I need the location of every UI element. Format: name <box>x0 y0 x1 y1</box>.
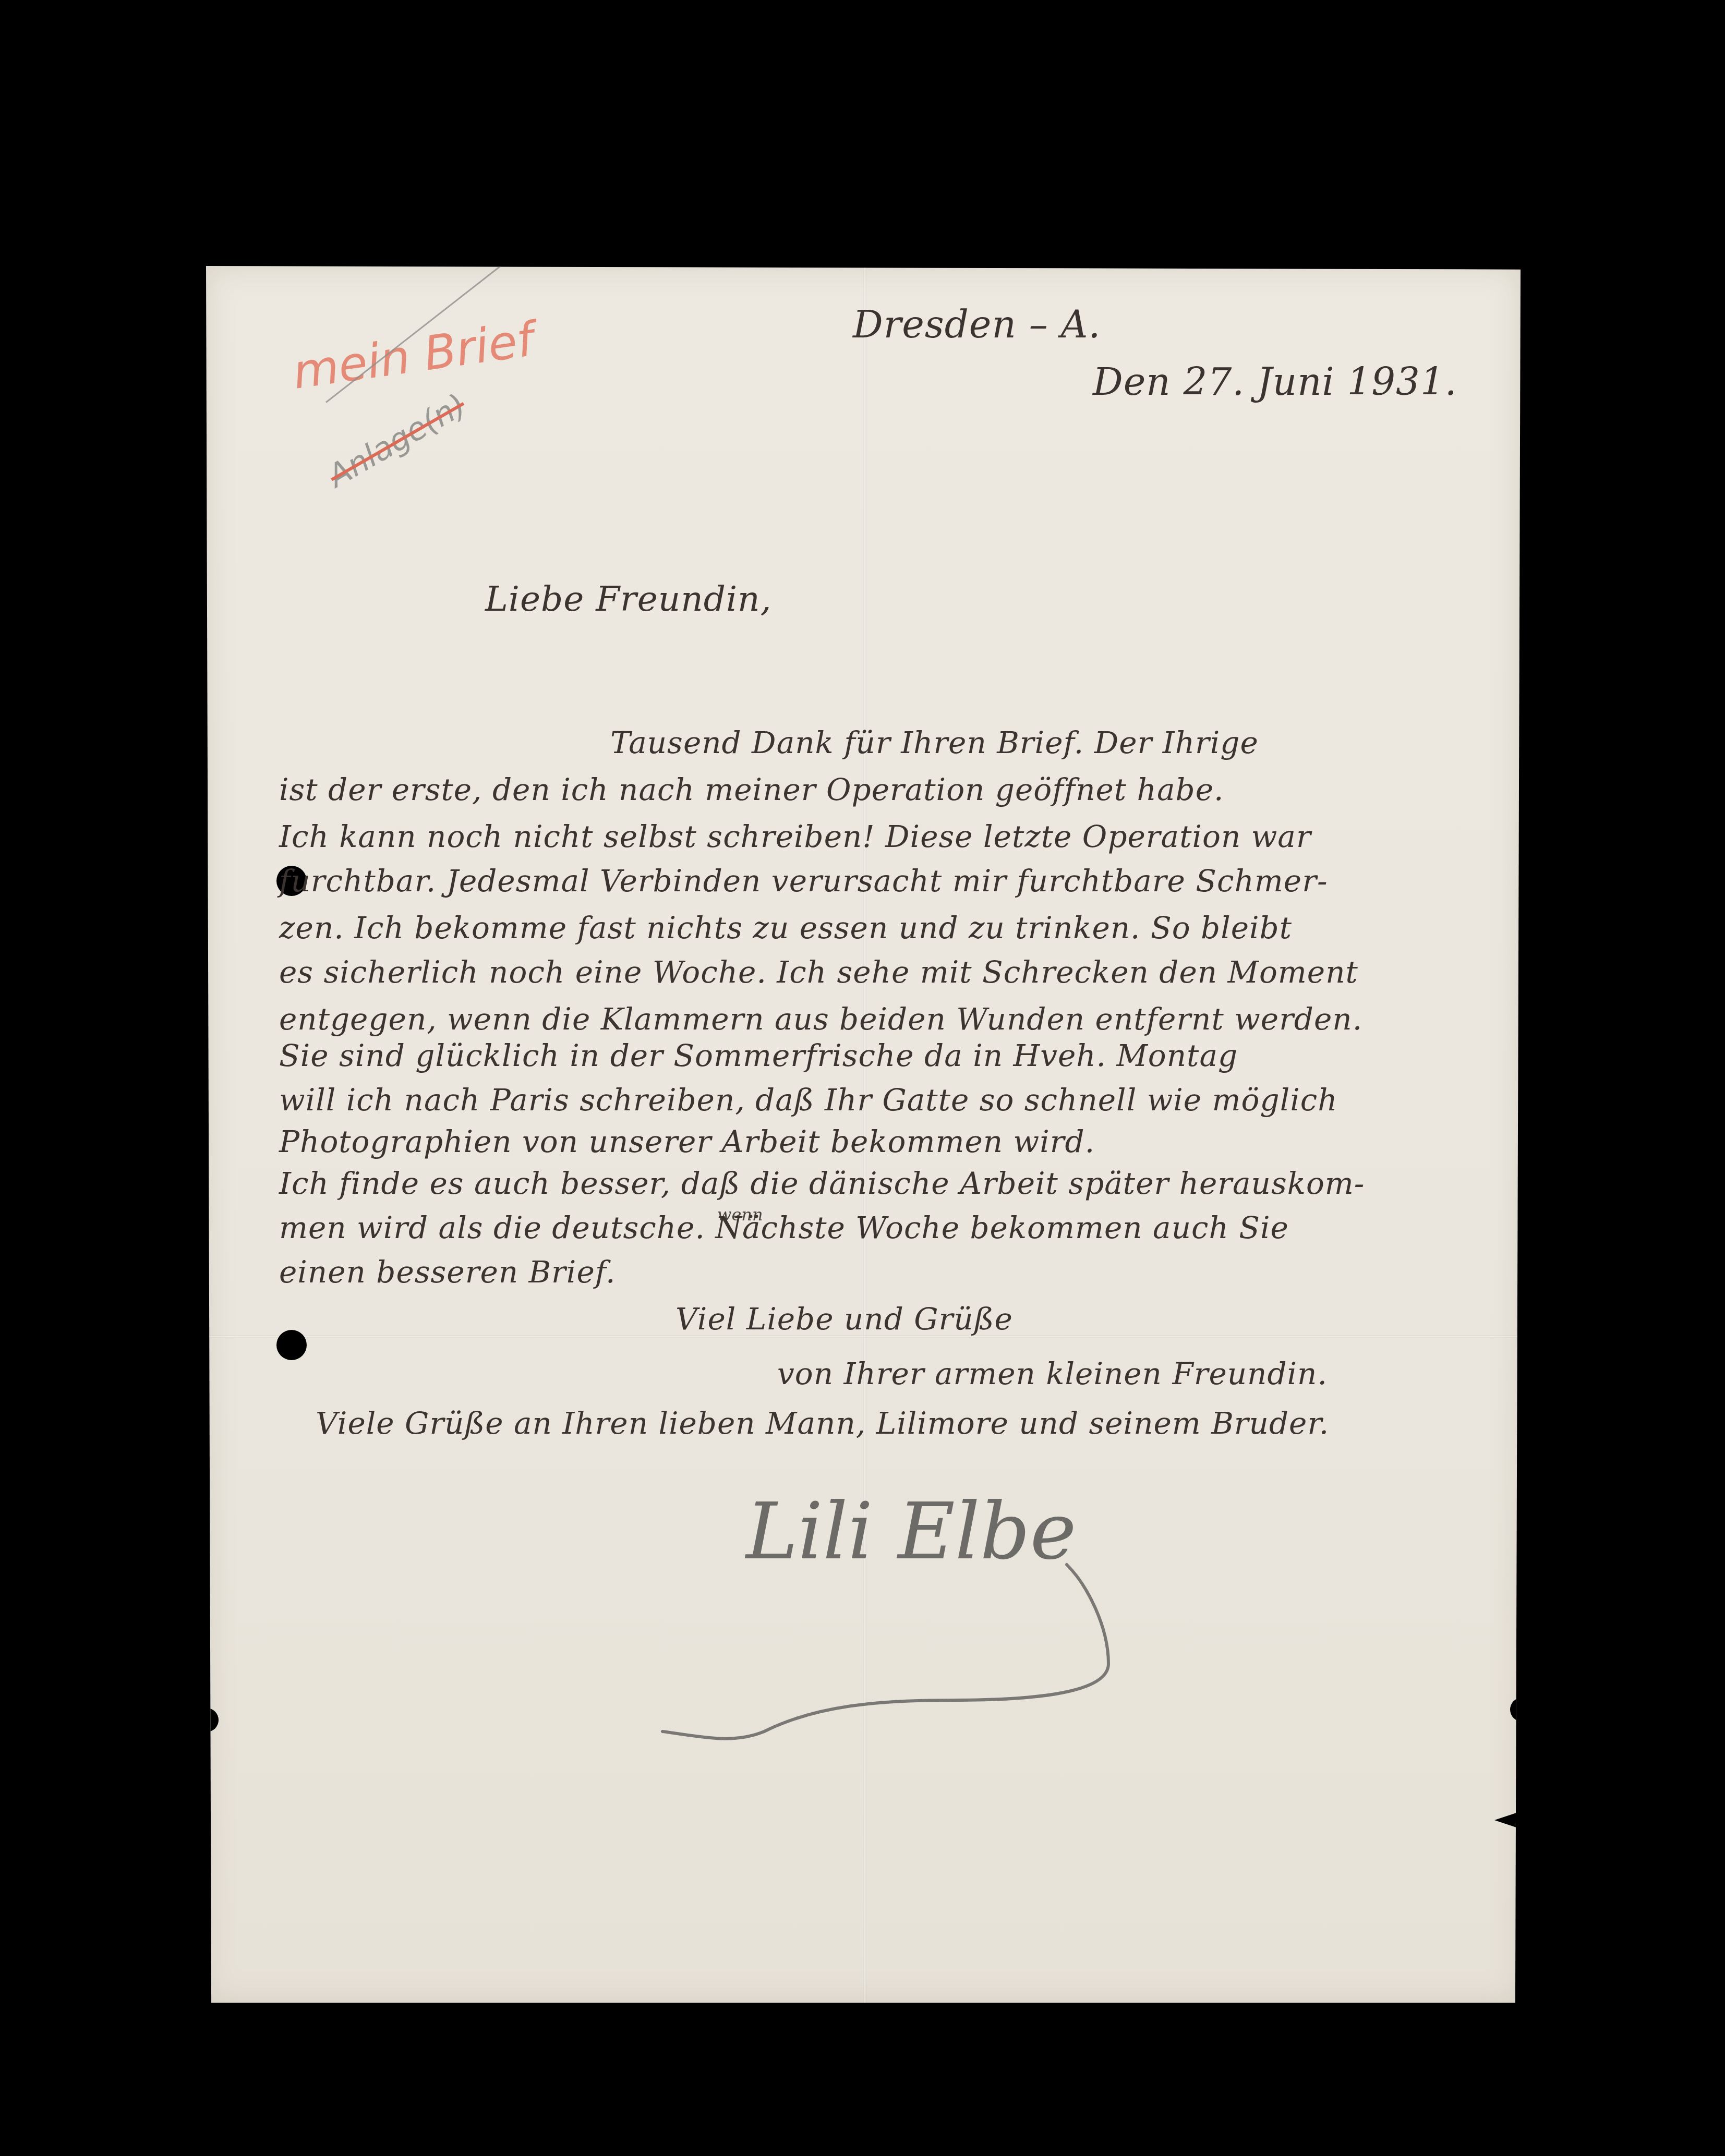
body-line-11: Ich finde es auch besser, daß die dänisc… <box>279 1166 1365 1201</box>
letter-date: Den 27. Juni 1931. <box>1093 360 1457 404</box>
punch-hole-bottom <box>276 1330 307 1360</box>
body-line-5: zen. Ich bekomme fast nichts zu essen un… <box>279 910 1292 946</box>
signature-flourish <box>660 1544 1129 1742</box>
red-pencil-annotation: mein Brief <box>289 312 537 400</box>
body-line-7: entgegen, wenn die Klammern aus beiden W… <box>279 1001 1362 1037</box>
body-line-3: Ich kann noch nicht selbst schreiben! Di… <box>279 819 1311 854</box>
edge-tear <box>1494 1810 1526 1831</box>
body-line-13: einen besseren Brief. <box>279 1254 616 1290</box>
closing-line-1: Viel Liebe und Grüße <box>675 1301 1013 1337</box>
body-line-4: furchtbar. Jedesmal Verbinden verursacht… <box>279 863 1328 899</box>
body-line-1: Tausend Dank für Ihren Brief. Der Ihrige <box>610 725 1259 760</box>
letter-place: Dresden – A. <box>853 302 1101 346</box>
edge-notch-left <box>195 1708 219 1732</box>
letter-sheet: mein Brief Anlage(n) Dresden – A. Den 27… <box>206 266 1521 2003</box>
postscript: Viele Grüße an Ihren lieben Mann, Lilimo… <box>316 1406 1329 1441</box>
pencil-crossed-annotation: Anlage(n) <box>322 387 472 495</box>
body-line-2: ist der erste, den ich nach meiner Opera… <box>279 772 1224 807</box>
body-line-8: Sie sind glücklich in der Sommerfrische … <box>279 1038 1238 1073</box>
closing-line-2: von Ihrer armen kleinen Freundin. <box>777 1356 1328 1391</box>
salutation: Liebe Freundin, <box>485 579 772 619</box>
body-line-10: Photographien von unserer Arbeit bekomme… <box>279 1124 1095 1159</box>
edge-notch-right <box>1510 1698 1534 1722</box>
body-line-6: es sicherlich noch eine Woche. Ich sehe … <box>279 954 1358 990</box>
body-line-9: will ich nach Paris schreiben, daß Ihr G… <box>279 1082 1338 1118</box>
body-line-12: men wird als die deutsche. Nächste Woche… <box>279 1210 1289 1245</box>
